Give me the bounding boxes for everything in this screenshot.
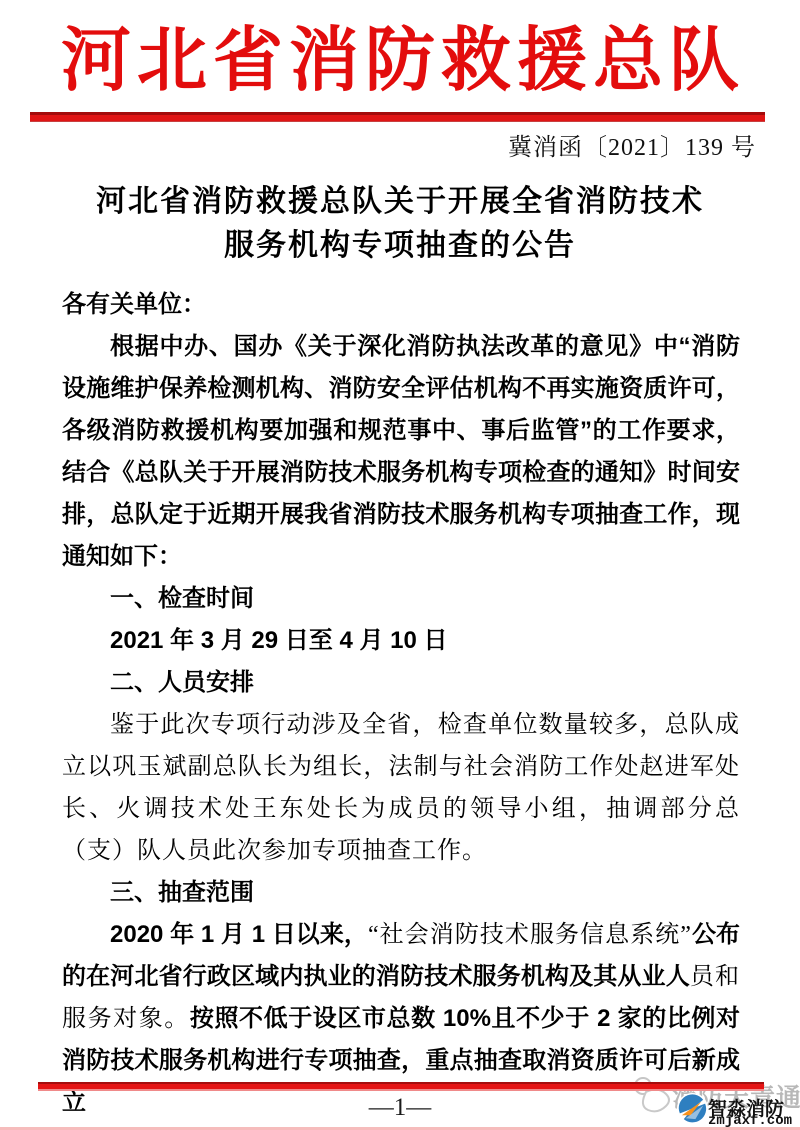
footer-red-rule	[38, 1082, 764, 1091]
brand-url: zmjaxf.com	[708, 1113, 792, 1129]
paragraph-personnel: 鉴于此次专项行动涉及全省，检查单位数量较多，总队成立以巩玉斌副总队长为组长，法制…	[62, 704, 740, 872]
scope-text-4: 服务对象。	[62, 1006, 190, 1032]
brand-group: 智淼消防 zmjaxf.com	[676, 1092, 800, 1130]
document-title-line2: 服务机构专项抽查的公告	[0, 224, 800, 268]
scope-text-1: 2020 年 1 月 1 日以来，	[110, 921, 368, 948]
section-heading-2: 二、人员安排	[62, 662, 740, 704]
document-title: 河北省消防救援总队关于开展全省消防技术 服务机构专项抽查的公告	[0, 180, 800, 268]
section-heading-3: 三、抽查范围	[62, 872, 740, 914]
document-body: 各有关单位： 根据中办、国办《关于深化消防执法改革的意见》中“消防设施维护保养检…	[62, 284, 740, 1124]
paragraph-inspection-dates: 2021 年 3 月 29 日至 4 月 10 日	[62, 620, 740, 662]
scope-system-name: “社会消防技术服务信息系统”	[368, 922, 692, 948]
document-number: 冀消函〔2021〕139 号	[508, 127, 756, 162]
section-heading-1: 一、检查时间	[62, 578, 740, 620]
brand-logo-icon	[676, 1092, 709, 1125]
salutation: 各有关单位：	[62, 284, 740, 326]
watermark-group: 消防天青通 智淼消防 zmjaxf.com	[632, 1070, 800, 1130]
letterhead-org-name: 河北省消防救援总队	[0, 18, 800, 106]
scope-text-3: 员和	[690, 964, 740, 990]
document-page: 河北省消防救援总队 冀消函〔2021〕139 号 河北省消防救援总队关于开展全省…	[0, 0, 800, 1130]
paragraph-basis: 根据中办、国办《关于深化消防执法改革的意见》中“消防设施维护保养检测机构、消防安…	[62, 326, 740, 578]
letterhead-red-rule	[30, 112, 765, 122]
document-title-line1: 河北省消防救援总队关于开展全省消防技术	[0, 180, 800, 224]
